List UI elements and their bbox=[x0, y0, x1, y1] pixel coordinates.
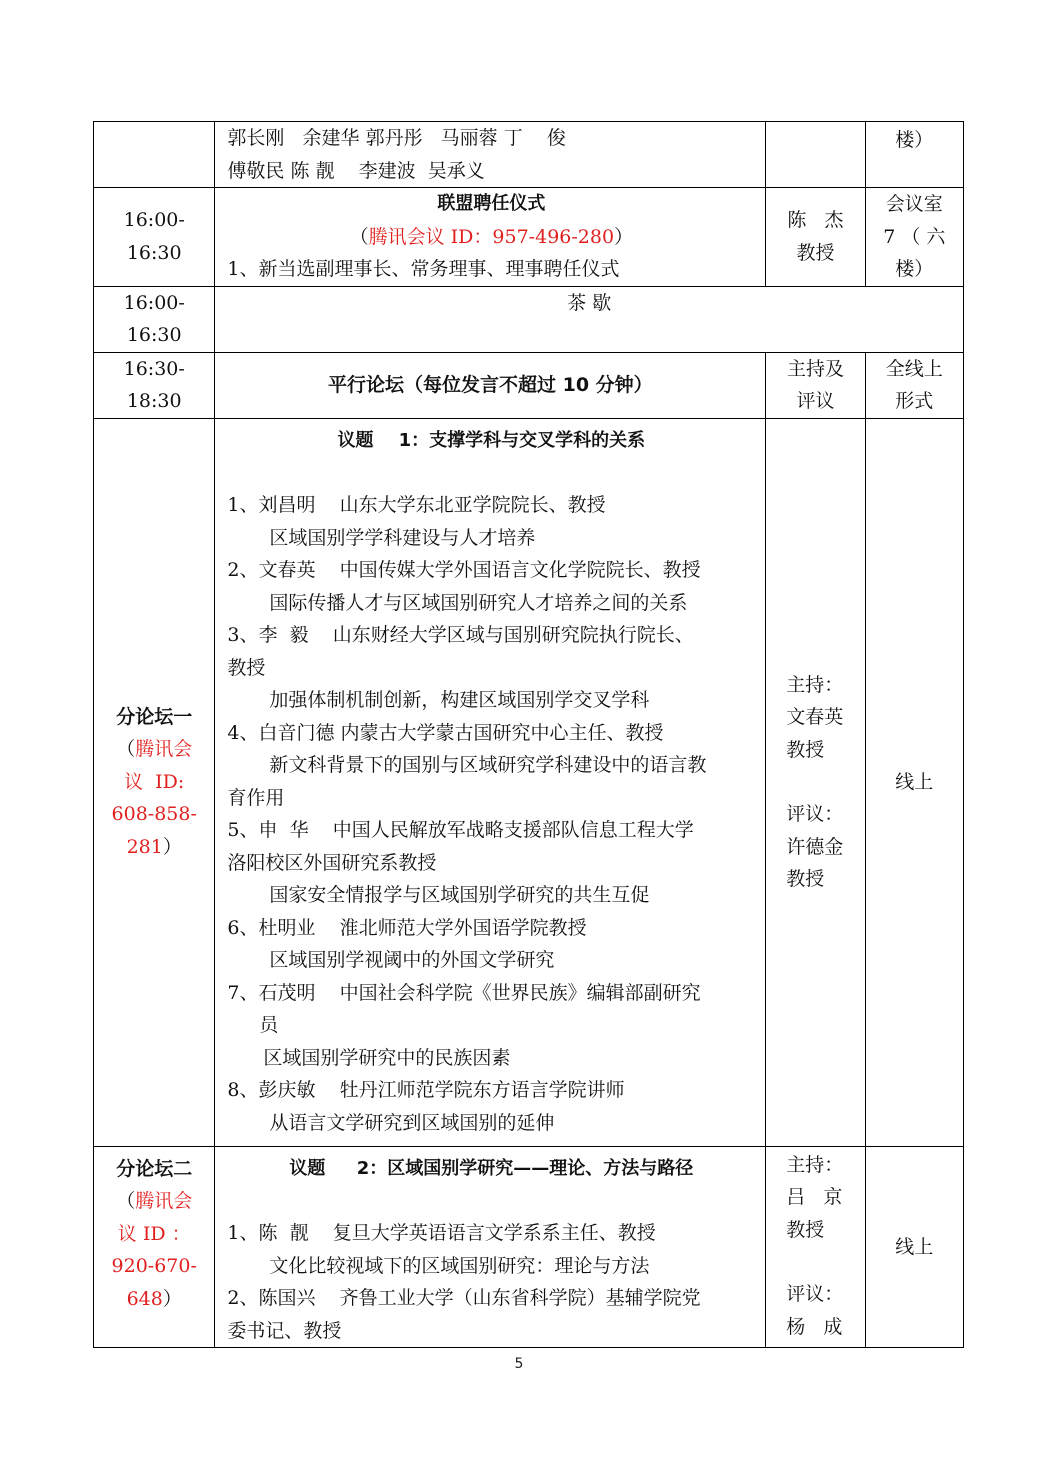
table-row-forum-1: 分论坛一 （腾讯会 议 ID: 608-858- 281） 议题 1：支撑学科与… bbox=[94, 418, 964, 1146]
speaker-item: 7、石茂明 中国社会科学院《世界民族》编辑部副研究 员 区域国别学研究中的民族因… bbox=[227, 977, 755, 1075]
forum-2-name: 分论坛二 bbox=[94, 1147, 214, 1186]
meeting-id-text: 腾讯会议 ID：957-496-280 bbox=[369, 226, 614, 248]
talk-title: 国家安全情报学与区域国别学研究的共生互促 bbox=[227, 879, 755, 912]
speaker-item: 8、彭庆敏 牡丹江师范学院东方语言学院讲师 从语言文学研究到区域国别的延伸 bbox=[227, 1074, 755, 1139]
document-page: 郭长刚 余建华 郭丹彤 马丽蓉 丁 俊 傅敬民 陈 靓 李建波 吴承义 楼） 1… bbox=[0, 0, 1038, 1478]
talk-title: 加强体制机制创新，构建区域国别学交叉学科 bbox=[227, 684, 755, 717]
table-row-ceremony: 16:00- 16:30 联盟聘任仪式 （腾讯会议 ID：957-496-280… bbox=[94, 188, 964, 287]
commentator-label: 评议： bbox=[786, 798, 864, 831]
host-title: 教授 bbox=[786, 1214, 864, 1247]
forum-1-topic: 议题 1：支撑学科与交叉学科的关系 bbox=[227, 419, 755, 458]
speaker-item: 1、陈 靓 复旦大学英语语言文学系系主任、教授 文化比较视域下的区域国别研究：理… bbox=[227, 1217, 755, 1282]
names-line-1: 郭长刚 余建华 郭丹彤 马丽蓉 丁 俊 bbox=[227, 122, 755, 155]
venue-line-3: 楼） bbox=[866, 253, 963, 286]
venue-line-2: 7 （ 六 bbox=[866, 221, 963, 254]
forum-1-content-cell: 议题 1：支撑学科与交叉学科的关系 1、刘昌明 山东大学东北亚学院院长、教授 区… bbox=[215, 418, 766, 1146]
venue-cell: 楼） bbox=[865, 122, 963, 188]
paren-close: ） bbox=[163, 1288, 182, 1310]
speaker-line: 1、刘昌明 山东大学东北亚学院院长、教授 bbox=[227, 489, 755, 522]
time-start: 16:30- bbox=[94, 353, 214, 386]
forum-2-host-cell: 主持： 吕 京 教授 评议： 杨 成 bbox=[766, 1146, 865, 1348]
talk-title: 区域国别学视阈中的外国文学研究 bbox=[227, 944, 755, 977]
speaker-line: 4、白音门德 内蒙古大学蒙古国研究中心主任、教授 bbox=[227, 717, 755, 750]
host-name: 陈 杰 bbox=[766, 204, 864, 237]
commentator-title: 教授 bbox=[786, 863, 864, 896]
schedule-table: 郭长刚 余建华 郭丹彤 马丽蓉 丁 俊 傅敬民 陈 靓 李建波 吴承义 楼） 1… bbox=[93, 121, 964, 1348]
forum-2-meeting-line-3: 920-670- bbox=[94, 1250, 214, 1283]
forum-1-host-cell: 主持： 文春英 教授 评议： 许德金 教授 bbox=[766, 418, 865, 1146]
venue-line-1: 会议室 bbox=[866, 188, 963, 221]
forum-2-format-cell: 线上 bbox=[865, 1146, 963, 1348]
commentator-label: 评议： bbox=[786, 1278, 864, 1311]
ceremony-item: 1、新当选副理事长、常务理事、理事聘任仪式 bbox=[227, 253, 755, 286]
forum-1-name: 分论坛一 bbox=[94, 701, 214, 734]
host-name: 吕 京 bbox=[786, 1181, 864, 1214]
speaker-line-cont: 员 bbox=[227, 1009, 755, 1042]
names-line-2: 傅敬民 陈 靓 李建波 吴承义 bbox=[227, 155, 755, 188]
host-header-line-1: 主持及 bbox=[766, 353, 864, 386]
time-end: 16:30 bbox=[94, 237, 214, 270]
page-number: 5 bbox=[0, 1356, 1038, 1372]
meeting-text: 腾讯会 bbox=[135, 1190, 192, 1212]
format-header-cell: 全线上 形式 bbox=[865, 352, 963, 418]
forum-2-label-cell: 分论坛二 （腾讯会 议 ID ： 920-670- 648） bbox=[94, 1146, 215, 1348]
talk-title: 新文科背景下的国别与区域研究学科建设中的语言教 bbox=[227, 749, 755, 782]
forum-1-meeting-line-1: （腾讯会 bbox=[94, 733, 214, 766]
host-header-line-2: 评议 bbox=[766, 385, 864, 418]
time-cell: 16:00- 16:30 bbox=[94, 286, 215, 352]
talk-title: 国际传播人才与区域国别研究人才培养之间的关系 bbox=[227, 587, 755, 620]
venue-tail: 楼） bbox=[866, 122, 963, 157]
speaker-line-cont: 委书记、教授 bbox=[227, 1315, 755, 1348]
host-title: 教授 bbox=[766, 237, 864, 270]
forum-1-label-cell: 分论坛一 （腾讯会 议 ID: 608-858- 281） bbox=[94, 418, 215, 1146]
paren-close: ） bbox=[163, 836, 182, 858]
forum-1-meeting-line-4: 281） bbox=[94, 831, 214, 864]
host-name: 文春英 bbox=[786, 701, 864, 734]
talk-title: 区域国别学研究中的民族因素 bbox=[227, 1042, 755, 1075]
paren-open: （ bbox=[116, 738, 135, 760]
speaker-line: 3、李 毅 山东财经大学区域与国别研究院执行院长、 bbox=[227, 619, 755, 652]
speaker-line: 7、石茂明 中国社会科学院《世界民族》编辑部副研究 bbox=[227, 977, 755, 1010]
time-end: 16:30 bbox=[94, 319, 214, 352]
forum-2-topic: 议题 2：区域国别学研究——理论、方法与路径 bbox=[227, 1147, 755, 1186]
meeting-text: 腾讯会 bbox=[135, 738, 192, 760]
time-start: 16:00- bbox=[94, 204, 214, 237]
format-header-line-2: 形式 bbox=[866, 385, 963, 418]
host-cell: 陈 杰 教授 bbox=[766, 188, 865, 287]
ceremony-content-cell: 联盟聘任仪式 （腾讯会议 ID：957-496-280） 1、新当选副理事长、常… bbox=[215, 188, 766, 287]
host-label: 主持： bbox=[786, 669, 864, 702]
speaker-line-cont: 洛阳校区外国研究系教授 bbox=[227, 847, 755, 880]
time-cell: 16:30- 18:30 bbox=[94, 352, 215, 418]
table-row-tea-break: 16:00- 16:30 茶 歇 bbox=[94, 286, 964, 352]
forum-1-meeting-line-3: 608-858- bbox=[94, 798, 214, 831]
attendee-names-cell: 郭长刚 余建华 郭丹彤 马丽蓉 丁 俊 傅敬民 陈 靓 李建波 吴承义 bbox=[215, 122, 766, 188]
speaker-item: 3、李 毅 山东财经大学区域与国别研究院执行院长、 教授 加强体制机制创新，构建… bbox=[227, 619, 755, 717]
host-title: 教授 bbox=[786, 734, 864, 767]
speaker-line: 6、杜明业 淮北师范大学外国语学院教授 bbox=[227, 912, 755, 945]
ceremony-title: 联盟聘任仪式 bbox=[227, 188, 755, 221]
meeting-id-tail: 281 bbox=[127, 836, 163, 858]
tea-break-cell: 茶 歇 bbox=[215, 286, 964, 352]
time-cell-empty bbox=[94, 122, 215, 188]
speaker-item: 6、杜明业 淮北师范大学外国语学院教授 区域国别学视阈中的外国文学研究 bbox=[227, 912, 755, 977]
spacer bbox=[786, 1246, 864, 1278]
talk-title: 文化比较视域下的区域国别研究：理论与方法 bbox=[227, 1250, 755, 1283]
speaker-item: 1、刘昌明 山东大学东北亚学院院长、教授 区域国别学学科建设与人才培养 bbox=[227, 489, 755, 554]
speaker-item: 2、文春英 中国传媒大学外国语言文化学院院长、教授 国际传播人才与区域国别研究人… bbox=[227, 554, 755, 619]
tea-break-label: 茶 歇 bbox=[215, 287, 963, 320]
host-header-cell: 主持及 评议 bbox=[766, 352, 865, 418]
spacer bbox=[227, 1185, 755, 1217]
commentator-name: 杨 成 bbox=[786, 1311, 864, 1344]
forum-2-content-cell: 议题 2：区域国别学研究——理论、方法与路径 1、陈 靓 复旦大学英语语言文学系… bbox=[215, 1146, 766, 1348]
speaker-line: 2、文春英 中国传媒大学外国语言文化学院院长、教授 bbox=[227, 554, 755, 587]
speaker-line-cont: 教授 bbox=[227, 652, 755, 685]
table-row-forum-2: 分论坛二 （腾讯会 议 ID ： 920-670- 648） 议题 2：区域国别… bbox=[94, 1146, 964, 1348]
paren-open: （ bbox=[350, 226, 369, 248]
speaker-line: 1、陈 靓 复旦大学英语语言文学系系主任、教授 bbox=[227, 1217, 755, 1250]
ceremony-meeting-id: （腾讯会议 ID：957-496-280） bbox=[227, 221, 755, 254]
talk-title: 区域国别学学科建设与人才培养 bbox=[227, 522, 755, 555]
table-row-continued: 郭长刚 余建华 郭丹彤 马丽蓉 丁 俊 傅敬民 陈 靓 李建波 吴承义 楼） bbox=[94, 122, 964, 188]
spacer bbox=[227, 457, 755, 489]
host-cell-empty bbox=[766, 122, 865, 188]
table-row-parallel-forum: 16:30- 18:30 平行论坛（每位发言不超过 10 分钟） 主持及 评议 … bbox=[94, 352, 964, 418]
paren-close: ） bbox=[614, 226, 633, 248]
parallel-forum-title: 平行论坛（每位发言不超过 10 分钟） bbox=[215, 352, 766, 418]
venue-cell: 会议室 7 （ 六 楼） bbox=[865, 188, 963, 287]
talk-title: 从语言文学研究到区域国别的延伸 bbox=[227, 1107, 755, 1140]
host-label: 主持： bbox=[786, 1147, 864, 1182]
time-cell: 16:00- 16:30 bbox=[94, 188, 215, 287]
speaker-item: 2、陈国兴 齐鲁工业大学（山东省科学院）基辅学院党 委书记、教授 bbox=[227, 1282, 755, 1347]
talk-title-cont: 育作用 bbox=[227, 782, 755, 815]
forum-2-meeting-line-2: 议 ID ： bbox=[94, 1218, 214, 1251]
spacer bbox=[786, 766, 864, 798]
meeting-id-tail: 648 bbox=[127, 1288, 163, 1310]
paren-open: （ bbox=[116, 1190, 135, 1212]
forum-2-meeting-line-1: （腾讯会 bbox=[94, 1185, 214, 1218]
forum-1-meeting-line-2: 议 ID: bbox=[94, 766, 214, 799]
format-header-line-1: 全线上 bbox=[866, 353, 963, 386]
commentator-name: 许德金 bbox=[786, 831, 864, 864]
speaker-item: 4、白音门德 内蒙古大学蒙古国研究中心主任、教授 新文科背景下的国别与区域研究学… bbox=[227, 717, 755, 815]
forum-2-meeting-line-4: 648） bbox=[94, 1283, 214, 1316]
time-end: 18:30 bbox=[94, 385, 214, 418]
speaker-line: 2、陈国兴 齐鲁工业大学（山东省科学院）基辅学院党 bbox=[227, 1282, 755, 1315]
speaker-item: 5、申 华 中国人民解放军战略支援部队信息工程大学 洛阳校区外国研究系教授 国家… bbox=[227, 814, 755, 912]
forum-1-format-cell: 线上 bbox=[865, 418, 963, 1146]
speaker-line: 8、彭庆敏 牡丹江师范学院东方语言学院讲师 bbox=[227, 1074, 755, 1107]
speaker-line: 5、申 华 中国人民解放军战略支援部队信息工程大学 bbox=[227, 814, 755, 847]
time-start: 16:00- bbox=[94, 287, 214, 320]
